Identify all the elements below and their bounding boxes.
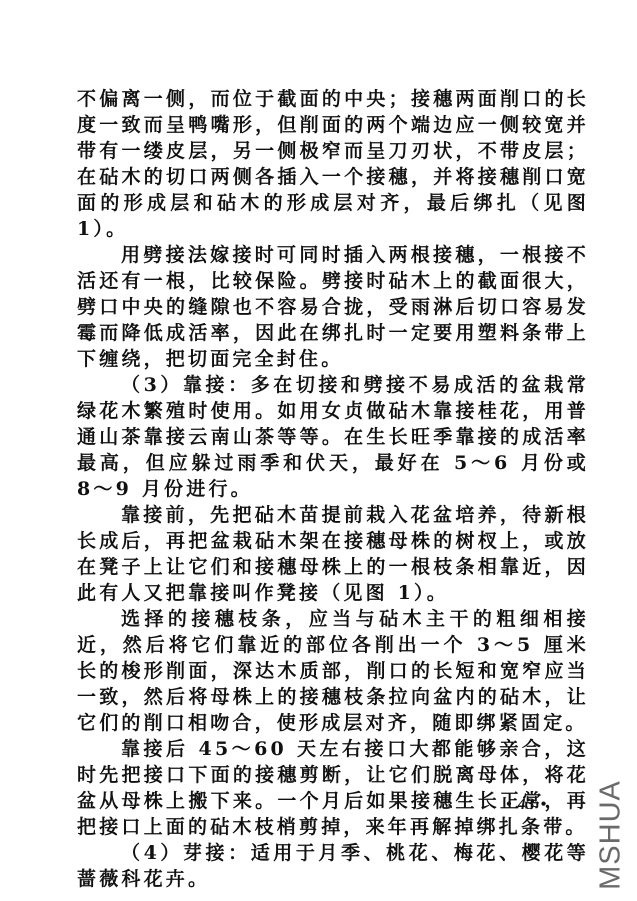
paragraph-bud-graft-intro: （4）芽接：适用于月季、桃花、梅花、樱花等蔷薇科花卉。 — [77, 840, 589, 892]
page-body: 不偏离一侧，而位于截面的中央；接穗两面削口的长度一致而呈鸭嘴形，但削面的两个端边… — [77, 86, 589, 892]
paragraph-cleft-graft-notes: 用劈接法嫁接时可同时插入两根接穗，一根接不活还有一根，比较保险。劈接时砧木上的截… — [77, 242, 589, 372]
paragraph-approach-graft-cut: 选择的接穗枝条，应当与砧木主干的粗细相接近，然后将它们靠近的部位各削出一个 3～… — [77, 606, 589, 736]
page-number: • 43 • — [506, 796, 547, 814]
paragraph-approach-graft-after: 靠接后 45～60 天左右接口大都能够亲合，这时先把接口下面的接穗剪断，让它们脱… — [77, 736, 589, 840]
paragraph-cleft-graft-continued: 不偏离一侧，而位于截面的中央；接穗两面削口的长度一致而呈鸭嘴形，但削面的两个端边… — [77, 86, 589, 242]
paragraph-approach-graft-prep: 靠接前，先把砧木苗提前栽入花盆培养，待新根长成后，再把盆栽砧木架在接穗母株的树杈… — [77, 502, 589, 606]
paragraph-approach-graft-intro: （3）靠接：多在切接和劈接不易成活的盆栽常绿花木繁殖时使用。如用女贞做砧木靠接桂… — [77, 372, 589, 502]
watermark: MSHUA — [595, 780, 628, 890]
